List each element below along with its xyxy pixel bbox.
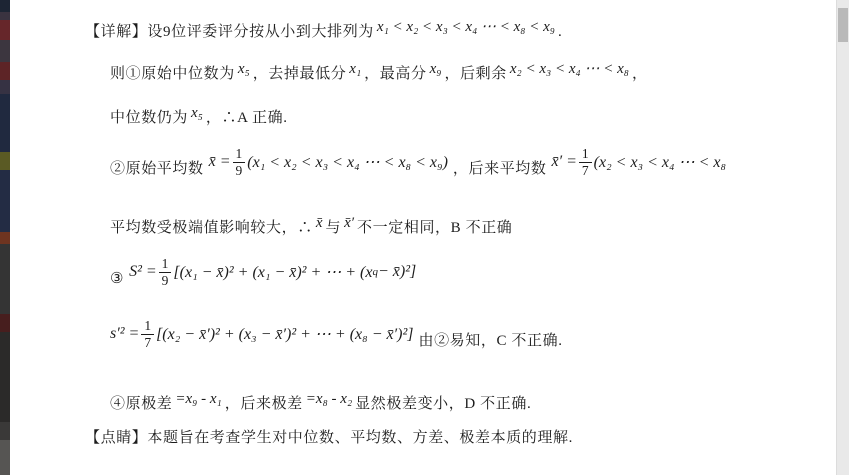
xbar-prime-term: x̄′	[344, 215, 354, 231]
line5-conclusion-b: 不一定相同，B 不正确	[357, 220, 512, 236]
fraction-numerator: 1	[579, 146, 592, 162]
fraction-numerator: 1	[233, 146, 246, 162]
summary-line: 【点睛】本题旨在考查学生对中位数、平均数、方差、极差本质的理解.	[85, 426, 573, 447]
variance-line: ③ S² = 19[(x₁ − x̄)² + (x₁ − x̄)² + ⋯ + …	[110, 256, 416, 288]
marker-3: ③	[110, 269, 124, 288]
xbar-term: x̄	[316, 215, 323, 231]
variance-prime-formula: s′² = 17[(x₂ − x̄′)² + (x₃ − x̄′)² + ⋯ +…	[110, 318, 413, 350]
fraction-denominator: 7	[579, 162, 592, 179]
x5-term: x₅	[238, 61, 250, 77]
line4-text-1: ②原始平均数	[110, 157, 204, 178]
detail-label: 【详解】	[85, 24, 147, 40]
variance-sum-left: [(x₁ − x̄)² + (x₁ − x̄)² + ⋯ + (x	[173, 262, 372, 282]
mean-comparison-line: 平均数受极端值影响较大，∴x̄与x̄′不一定相同，B 不正确	[110, 216, 512, 237]
median-line: 则①原始中位数为x₅，去掉最低分x₁，最高分x₉，后剩余x₂ < x₃ < x₄…	[110, 62, 648, 83]
median-still-line: 中位数仍为x₅，∴A 正确.	[110, 106, 288, 127]
screen: 【详解】设9位评委评分按从小到大排列为x₁ < x₂ < x₃ < x₄ ⋯ <…	[0, 0, 849, 475]
line2-text-3: ，最高分	[364, 66, 426, 82]
original-range-term: =x₉ - x₁	[175, 391, 221, 407]
line8-text-2: ，后来极差	[225, 396, 303, 412]
line3-text-1: 中位数仍为	[110, 110, 188, 126]
variance-prime-line: s′² = 17[(x₂ − x̄′)² + (x₃ − x̄′)² + ⋯ +…	[110, 318, 563, 350]
fraction-one-ninth-2: 19	[159, 256, 172, 288]
range-line: ④原极差=x₉ - x₁，后来极差=x₈ - x₂显然极差变小，D 不正确.	[110, 392, 531, 413]
xbar-prime-args: (x₂ < x₃ < x₄ ⋯ < x₈	[594, 152, 726, 172]
line5-text-2: 与	[325, 220, 341, 236]
new-range-term: =x₈ - x₂	[306, 391, 352, 407]
fraction-numerator: 1	[141, 318, 154, 334]
variance-sum-right: − x̄)²]	[378, 263, 416, 281]
fraction-denominator: 9	[159, 272, 172, 289]
line2-inequality: x₂ < x₃ < x₄ ⋯ < x₈	[510, 61, 629, 77]
line2-text-4: ，后剩余	[444, 66, 506, 82]
s-prime-squared-lhs: s′² =	[110, 325, 139, 343]
line8-conclusion-d: 显然极差变小，D 不正确.	[355, 396, 531, 412]
xbar-prime-formula: x̄′ = 17(x₂ < x₃ < x₄ ⋯ < x₈	[552, 146, 727, 178]
line3-conclusion-a: ，∴A 正确.	[206, 110, 288, 126]
variance-prime-sum: [(x₂ − x̄′)² + (x₃ − x̄′)² + ⋯ + (x₈ − x…	[156, 324, 413, 344]
line1-text: 设9位评委评分按从小到大排列为	[147, 24, 374, 40]
line5-text-1: 平均数受极端值影响较大，∴	[110, 220, 313, 236]
x1-term: x₁	[349, 61, 361, 77]
average-line: ②原始平均数 x̄ = 19(x₁ < x₂ < x₃ < x₄ ⋯ < x₈ …	[110, 146, 726, 178]
fraction-one-seventh: 17	[579, 146, 592, 178]
xbar-args: (x₁ < x₂ < x₃ < x₄ ⋯ < x₈ < x₉)	[247, 152, 448, 172]
x5-term-2: x₅	[191, 105, 203, 121]
line2-text-1: 则①原始中位数为	[110, 66, 235, 82]
summary-text: 本题旨在考查学生对中位数、平均数、方差、极差本质的理解.	[147, 430, 573, 446]
s-squared-lhs: S² =	[129, 263, 157, 281]
xbar-formula: x̄ = 19(x₁ < x₂ < x₃ < x₄ ⋯ < x₈ < x₉)	[209, 146, 448, 178]
summary-label: 【点睛】	[85, 430, 147, 446]
fraction-numerator: 1	[159, 256, 172, 272]
line7-conclusion-c: 由②易知，C 不正确.	[418, 329, 562, 350]
fraction-one-ninth: 19	[233, 146, 246, 178]
line8-text-1: ④原极差	[110, 396, 172, 412]
line4-text-2: ，后来平均数	[453, 157, 547, 178]
line2-text-2: ，去掉最低分	[253, 66, 347, 82]
variance-formula: S² = 19[(x₁ − x̄)² + (x₁ − x̄)² + ⋯ + (x…	[129, 256, 416, 288]
background-window-sliver	[0, 0, 10, 475]
document-page: 【详解】设9位评委评分按从小到大排列为x₁ < x₂ < x₃ < x₄ ⋯ <…	[0, 0, 849, 475]
x9-term: x₉	[430, 61, 442, 77]
line2-comma: ，	[632, 66, 648, 82]
xbar-prime-lhs: x̄′ =	[552, 153, 577, 171]
fraction-denominator: 7	[141, 334, 154, 351]
line1-inequality: x₁ < x₂ < x₃ < x₄ ⋯ < x₈ < x₉	[377, 19, 555, 35]
fraction-denominator: 9	[233, 162, 246, 179]
line1-period: .	[558, 24, 562, 40]
xbar-lhs: x̄ =	[209, 153, 231, 171]
scrollbar-track[interactable]	[836, 0, 849, 475]
detail-line: 【详解】设9位评委评分按从小到大排列为x₁ < x₂ < x₃ < x₄ ⋯ <…	[85, 20, 562, 41]
fraction-one-seventh-2: 17	[141, 318, 154, 350]
scrollbar-thumb[interactable]	[838, 8, 848, 42]
